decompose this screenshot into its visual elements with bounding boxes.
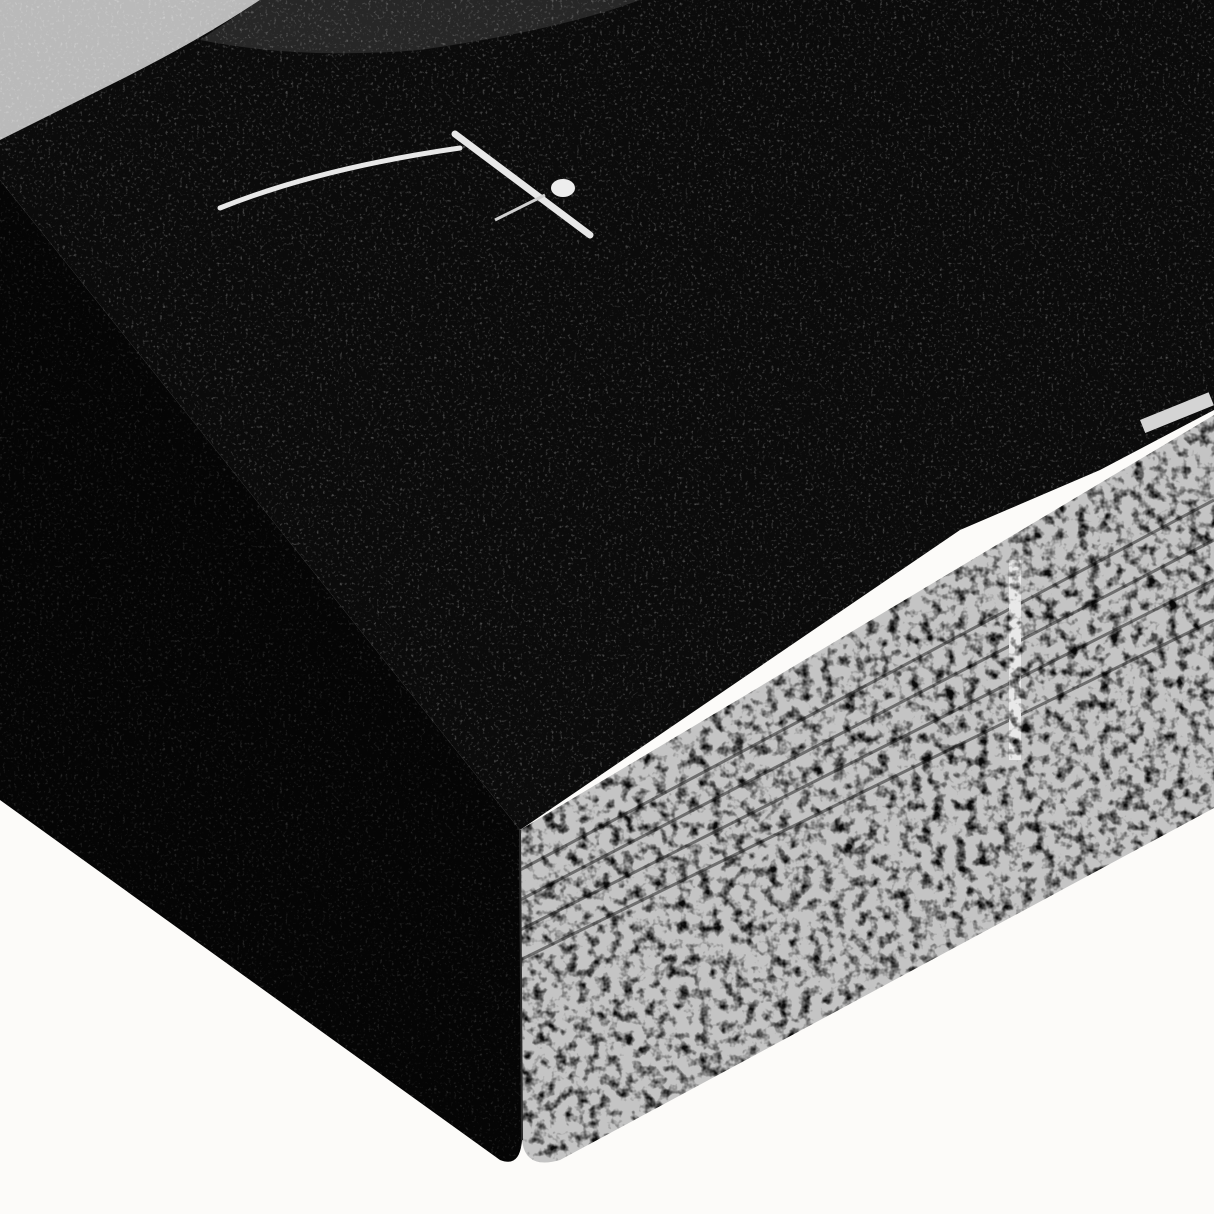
canvas-photo: Black-and-white canvas print, corner vie… — [0, 0, 1214, 1214]
